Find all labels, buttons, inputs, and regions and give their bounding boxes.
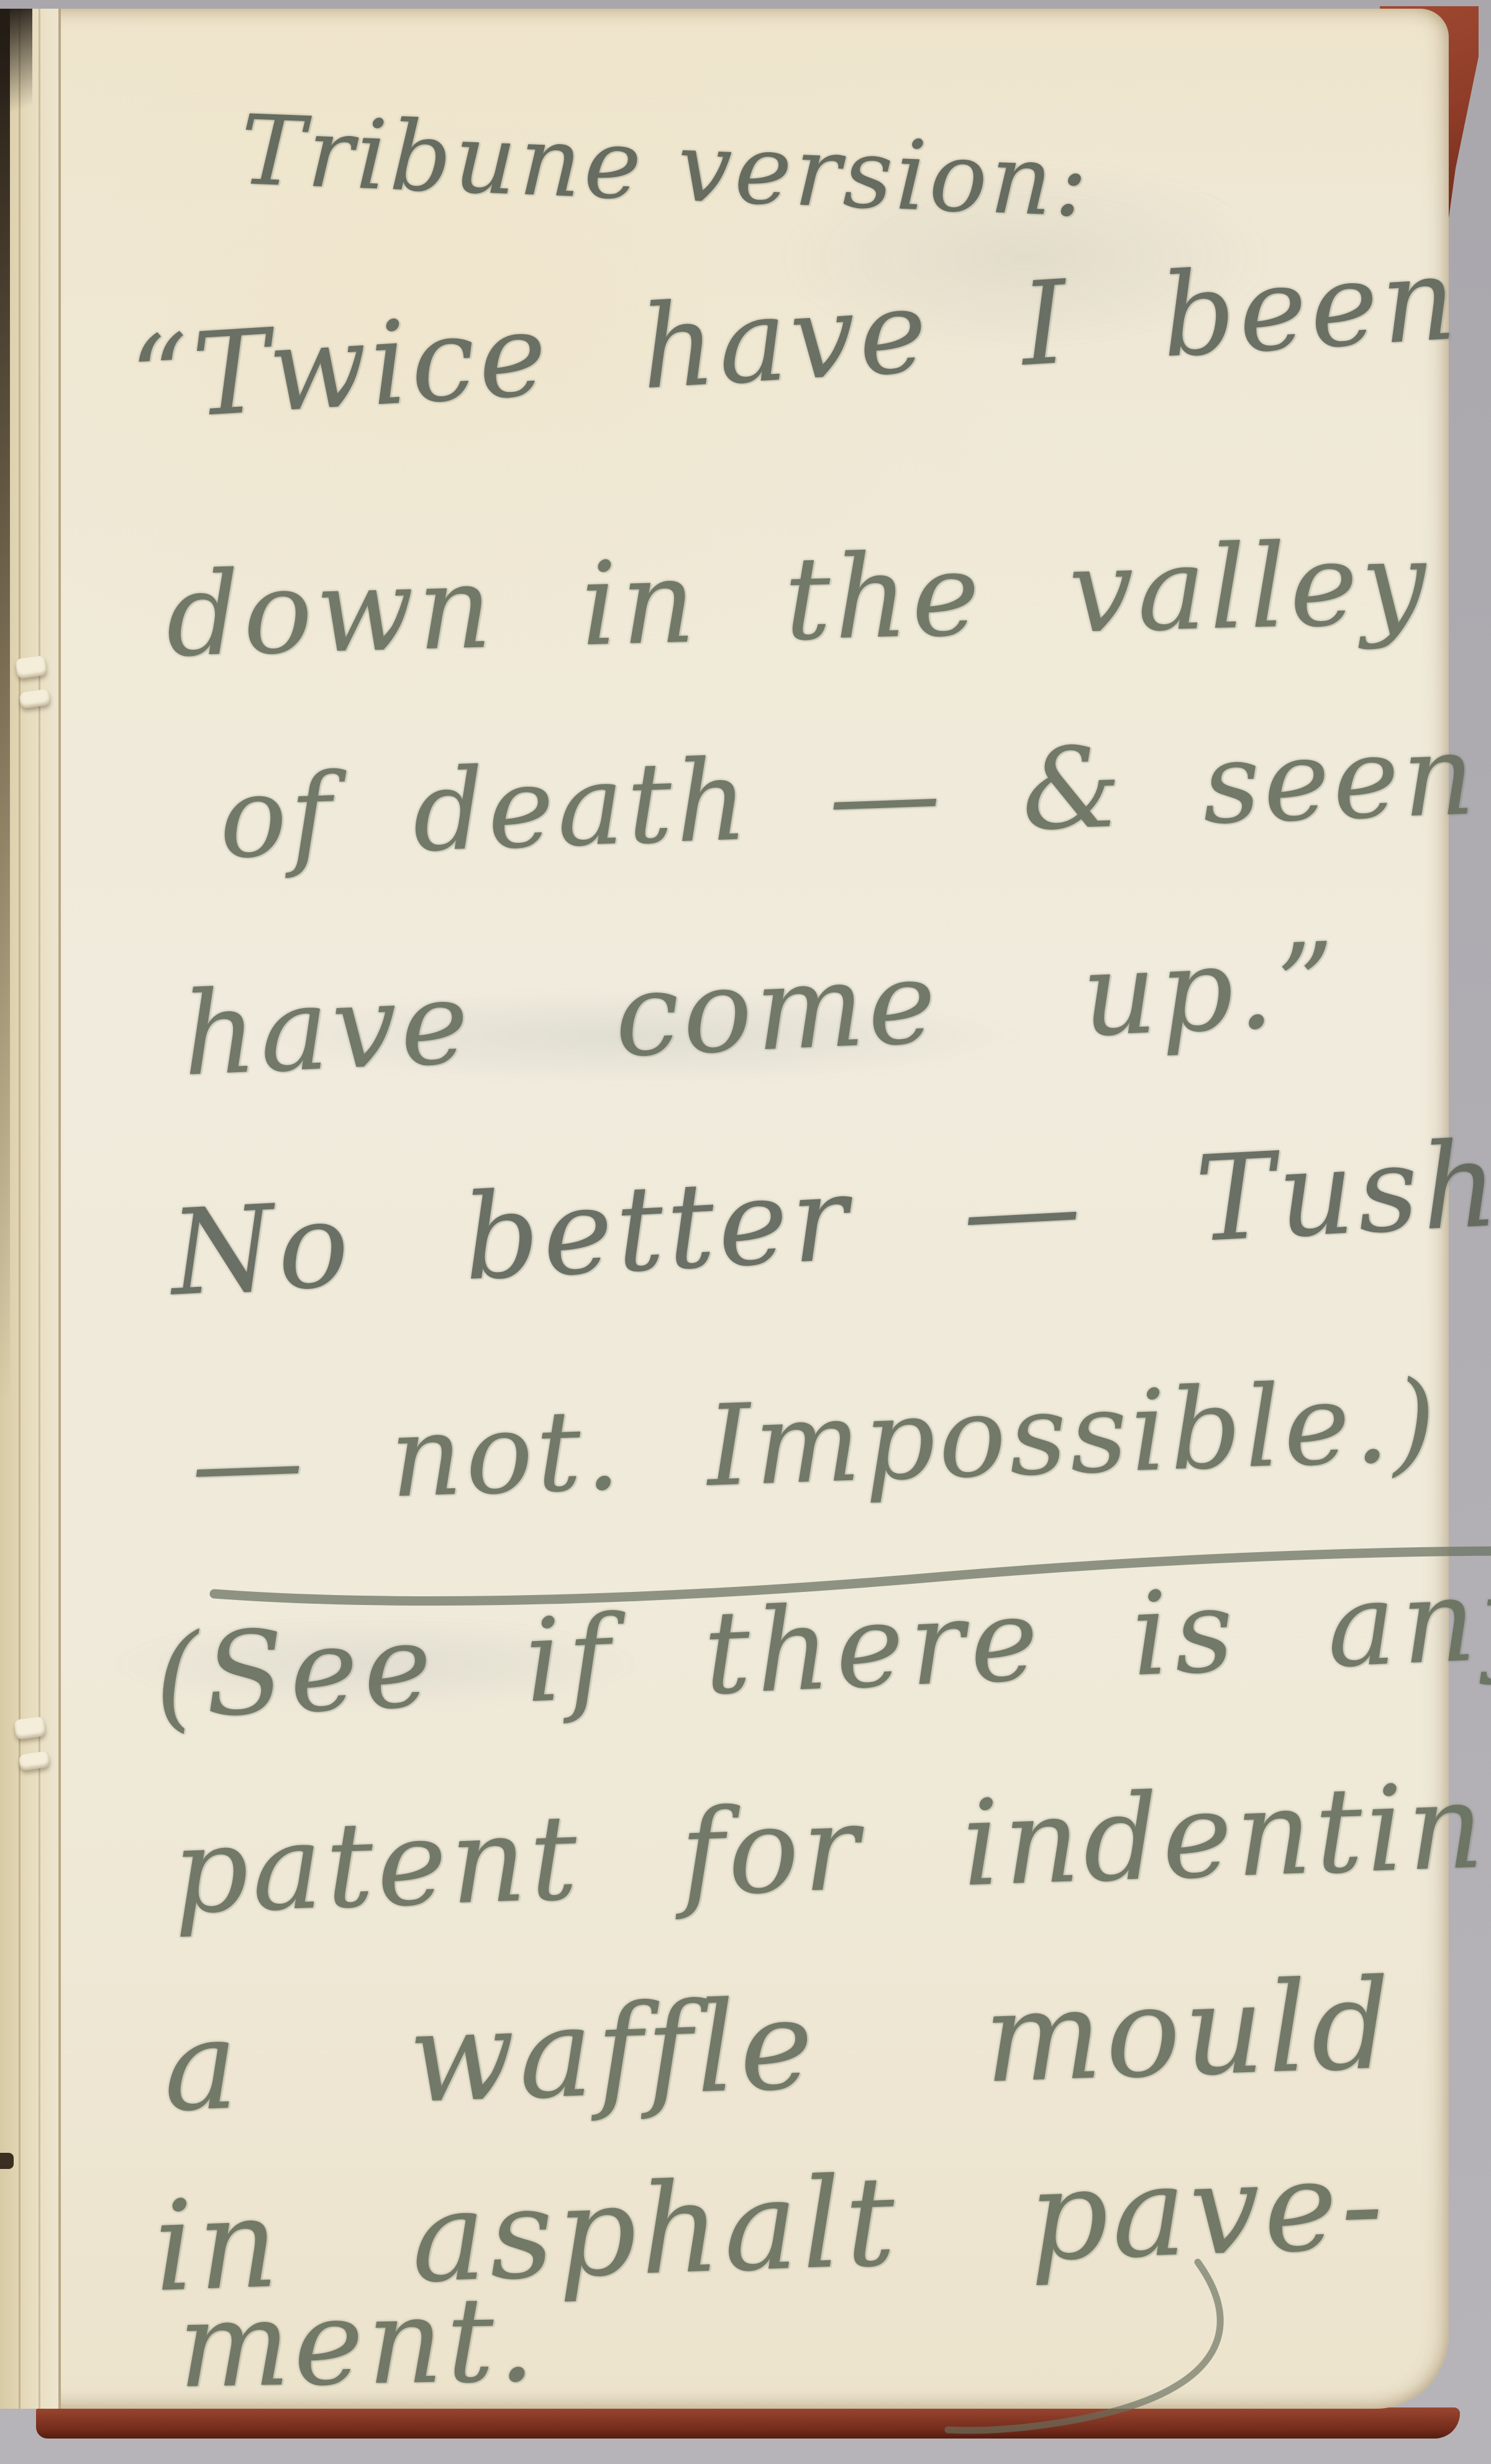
gutter-shadow	[0, 9, 10, 1401]
handwritten-line: No better — Tush	[168, 1125, 1491, 1313]
handwritten-line: a waffle mould	[162, 1963, 1397, 2130]
handwritten-line: patent for indenting	[171, 1765, 1491, 1931]
handwritten-line: ment.	[177, 2281, 539, 2405]
spine-corner	[0, 9, 32, 133]
notebook-scan: Tribune version: “Twice have I been down…	[0, 0, 1491, 2464]
notebook-page: Tribune version: “Twice have I been down…	[0, 9, 1449, 2409]
handwritten-line: have come up.”	[180, 927, 1341, 1093]
handwritten-line: Tribune version:	[239, 102, 1092, 230]
handwritten-line: of death — & seen I	[217, 715, 1491, 875]
handwritten-line: down in the valley	[165, 525, 1431, 673]
handwritten-line: — not. Impossible.)	[189, 1366, 1441, 1521]
handwritten-line: (See if there is any	[152, 1560, 1491, 1735]
binding-notch	[0, 2153, 14, 2169]
